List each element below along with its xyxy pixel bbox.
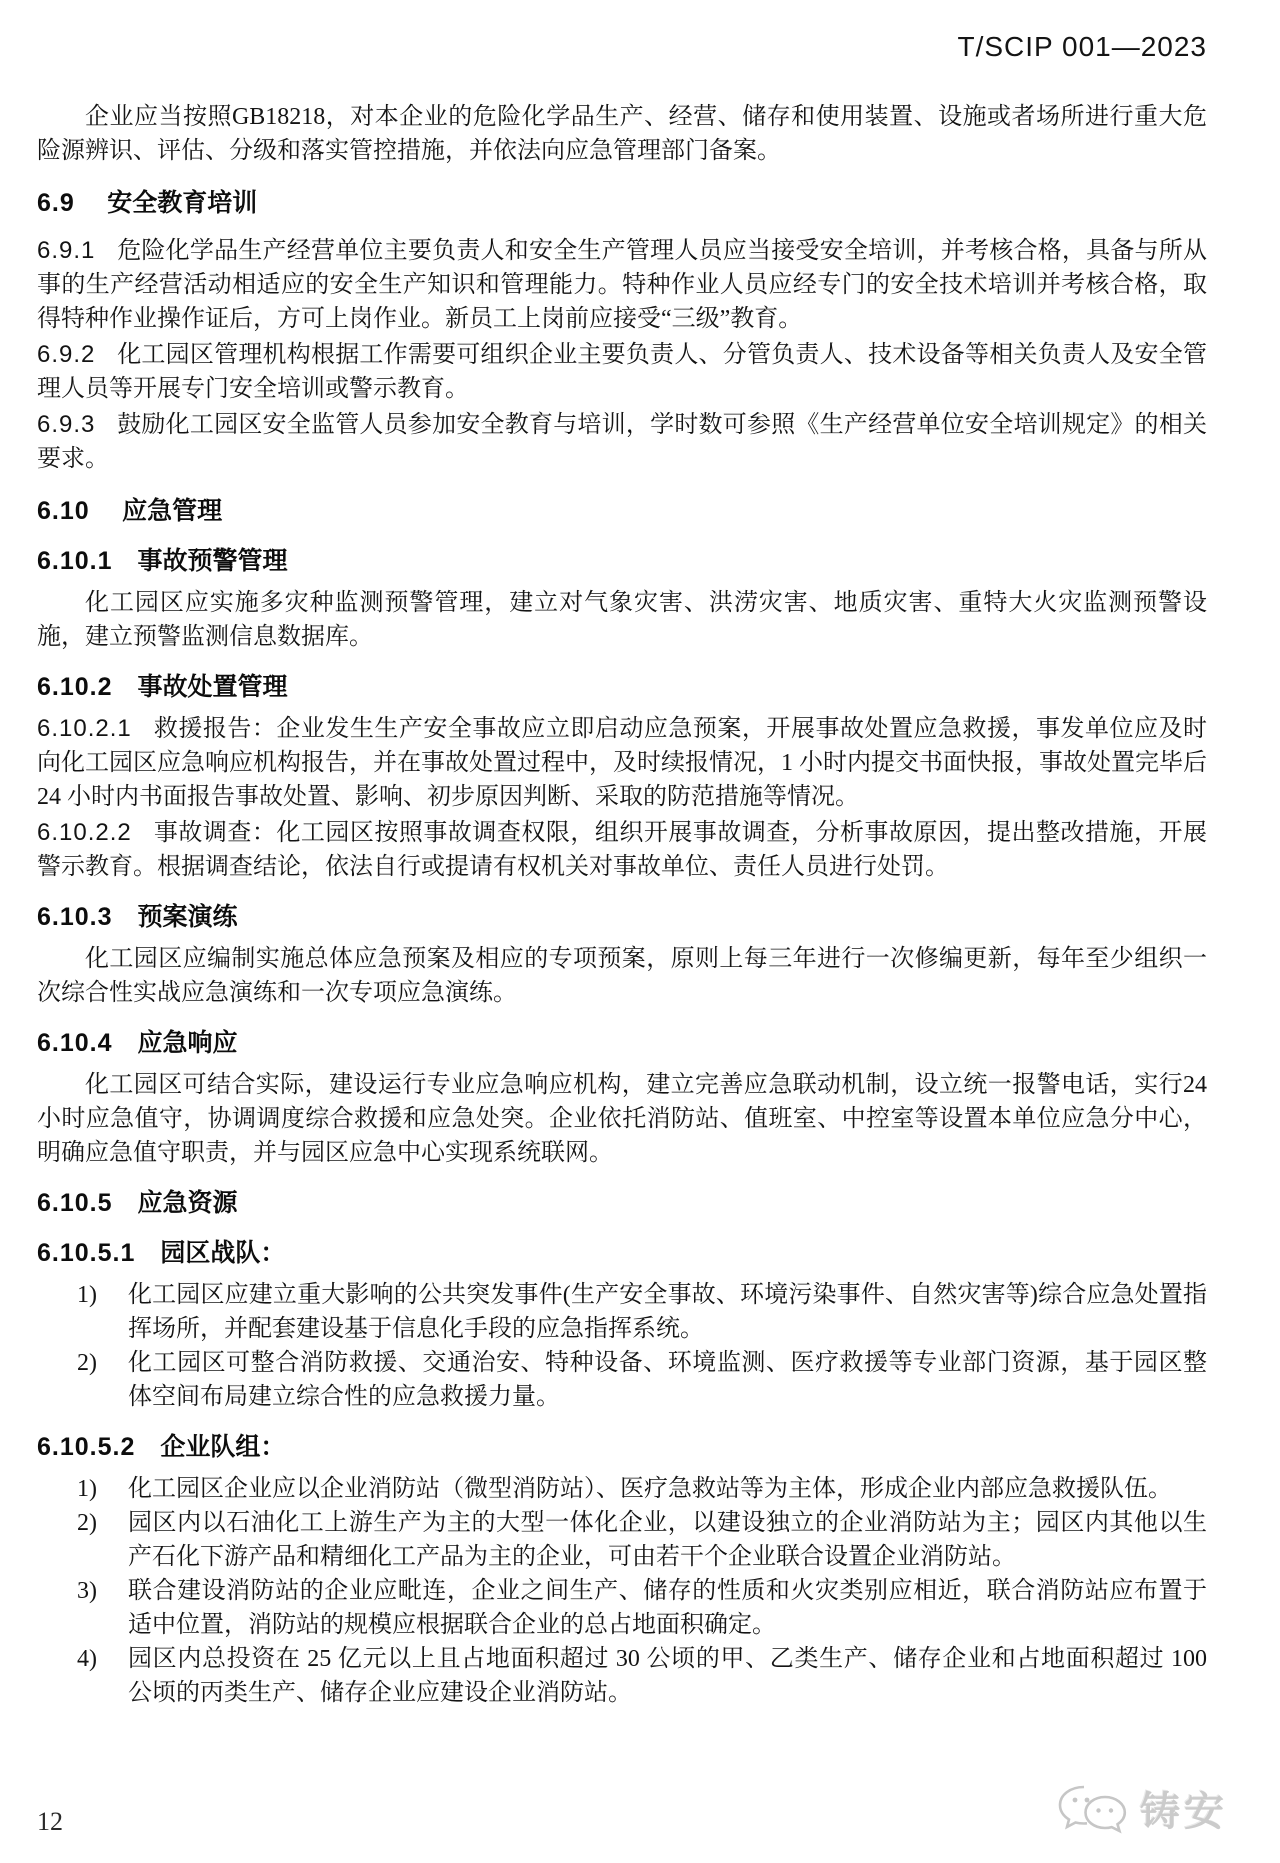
clause-number: 6.9.2 [37,341,95,368]
list-marker: 1) [77,1278,97,1312]
list-item: 2)园区内以石油化工上游生产为主的大型一体化企业，以建设独立的企业消防站为主；园… [37,1506,1207,1574]
list-text: 园区内以石油化工上游生产为主的大型一体化企业，以建设独立的企业消防站为主；园区内… [128,1510,1207,1570]
enterprise-team-list: 1)化工园区企业应以企业消防站（微型消防站）、医疗急救站等为主体，形成企业内部应… [37,1472,1207,1710]
heading-6-10-5-1: 6.10.5.1园区战队： [37,1236,1207,1270]
list-item: 4)园区内总投资在 25 亿元以上且占地面积超过 30 公顷的甲、乙类生产、储存… [37,1642,1207,1710]
heading-number: 6.10.5.1 [37,1239,135,1267]
heading-title: 事故处置管理 [138,673,288,701]
heading-title: 应急资源 [138,1189,238,1217]
list-item: 1)化工园区企业应以企业消防站（微型消防站）、医疗急救站等为主体，形成企业内部应… [37,1472,1207,1506]
clause-text: 化工园区管理机构根据工作需要可组织企业主要负责人、分管负责人、技术设备等相关负责… [37,342,1207,402]
list-item: 1)化工园区应建立重大影响的公共突发事件(生产安全事故、环境污染事件、自然灾害等… [37,1278,1207,1346]
list-item: 3)联合建设消防站的企业应毗连，企业之间生产、储存的性质和火灾类别应相近，联合消… [37,1574,1207,1642]
clause-number: 6.9.3 [37,411,95,438]
heading-title: 预案演练 [138,903,238,931]
page-content: T/SCIP 001—2023 企业应当按照GB18218，对本企业的危险化学品… [0,0,1280,1710]
paragraph-6-10-4: 化工园区可结合实际，建设运行专业应急响应机构，建立完善应急联动机制，设立统一报警… [37,1068,1207,1170]
heading-number: 6.10.5 [37,1189,113,1217]
list-item: 2)化工园区可整合消防救援、交通治安、特种设备、环境监测、医疗救援等专业部门资源… [37,1346,1207,1414]
heading-6-10-5-2: 6.10.5.2企业队组： [37,1430,1207,1464]
list-text: 园区内总投资在 25 亿元以上且占地面积超过 30 公顷的甲、乙类生产、储存企业… [128,1646,1207,1706]
heading-title: 应急响应 [138,1029,238,1057]
clause-6-9-3: 6.9.3鼓励化工园区安全监管人员参加安全教育与培训，学时数可参照《生产经营单位… [37,408,1207,476]
heading-6-9: 6.9安全教育培训 [37,186,1207,220]
heading-6-10: 6.10应急管理 [37,494,1207,528]
page-number: 12 [37,1807,63,1837]
heading-6-10-2: 6.10.2事故处置管理 [37,670,1207,704]
document-page: T/SCIP 001—2023 企业应当按照GB18218，对本企业的危险化学品… [0,0,1280,1863]
clause-6-10-2-1: 6.10.2.1救援报告：企业发生生产安全事故应立即启动应急预案，开展事故处置应… [37,712,1207,814]
heading-title: 安全教育培训 [107,189,257,217]
clause-number: 6.9.1 [37,237,95,264]
list-text: 化工园区应建立重大影响的公共突发事件(生产安全事故、环境污染事件、自然灾害等)综… [128,1282,1207,1342]
heading-6-10-3: 6.10.3预案演练 [37,900,1207,934]
wechat-icon [1056,1783,1130,1841]
list-marker: 1) [77,1472,97,1506]
heading-number: 6.10.5.2 [37,1433,135,1461]
clause-text: 救援报告：企业发生生产安全事故应立即启动应急预案，开展事故处置应急救援，事发单位… [37,716,1207,810]
heading-number: 6.10 [37,497,90,525]
list-marker: 2) [77,1346,97,1380]
list-marker: 4) [77,1642,97,1676]
paragraph-6-10-1: 化工园区应实施多灾种监测预警管理，建立对气象灾害、洪涝灾害、地质灾害、重特大火灾… [37,586,1207,654]
clause-number: 6.10.2.1 [37,715,132,742]
heading-title: 应急管理 [122,497,222,525]
paragraph-intro: 企业应当按照GB18218，对本企业的危险化学品生产、经营、储存和使用装置、设施… [37,100,1207,168]
clause-number: 6.10.2.2 [37,819,132,846]
heading-number: 6.10.2 [37,673,113,701]
clause-6-9-1: 6.9.1危险化学品生产经营单位主要负责人和安全生产管理人员应当接受安全培训，并… [37,234,1207,336]
clause-text: 鼓励化工园区安全监管人员参加安全教育与培训，学时数可参照《生产经营单位安全培训规… [37,412,1207,472]
heading-number: 6.9 [37,189,75,217]
heading-number: 6.10.4 [37,1029,113,1057]
heading-number: 6.10.1 [37,547,113,575]
heading-title: 企业队组： [160,1433,285,1461]
list-marker: 3) [77,1574,97,1608]
clause-text: 事故调查：化工园区按照事故调查权限，组织开展事故调查，分析事故原因，提出整改措施… [37,820,1207,880]
heading-title: 园区战队： [160,1239,285,1267]
clause-6-10-2-2: 6.10.2.2事故调查：化工园区按照事故调查权限，组织开展事故调查，分析事故原… [37,816,1207,884]
heading-title: 事故预警管理 [138,547,288,575]
doc-code: T/SCIP 001—2023 [37,30,1207,64]
clause-6-9-2: 6.9.2化工园区管理机构根据工作需要可组织企业主要负责人、分管负责人、技术设备… [37,338,1207,406]
list-marker: 2) [77,1506,97,1540]
list-text: 化工园区可整合消防救援、交通治安、特种设备、环境监测、医疗救援等专业部门资源，基… [128,1350,1207,1410]
heading-6-10-1: 6.10.1事故预警管理 [37,544,1207,578]
clause-text: 危险化学品生产经营单位主要负责人和安全生产管理人员应当接受安全培训，并考核合格，… [37,238,1207,332]
brand-watermark: 铸安 [1056,1783,1228,1841]
list-text: 联合建设消防站的企业应毗连，企业之间生产、储存的性质和火灾类别应相近，联合消防站… [128,1578,1207,1638]
park-squad-list: 1)化工园区应建立重大影响的公共突发事件(生产安全事故、环境污染事件、自然灾害等… [37,1278,1207,1414]
heading-number: 6.10.3 [37,903,113,931]
brand-text: 铸安 [1140,1790,1228,1834]
heading-6-10-4: 6.10.4应急响应 [37,1026,1207,1060]
paragraph-6-10-3: 化工园区应编制实施总体应急预案及相应的专项预案，原则上每三年进行一次修编更新，每… [37,942,1207,1010]
heading-6-10-5: 6.10.5应急资源 [37,1186,1207,1220]
list-text: 化工园区企业应以企业消防站（微型消防站）、医疗急救站等为主体，形成企业内部应急救… [128,1476,1172,1502]
